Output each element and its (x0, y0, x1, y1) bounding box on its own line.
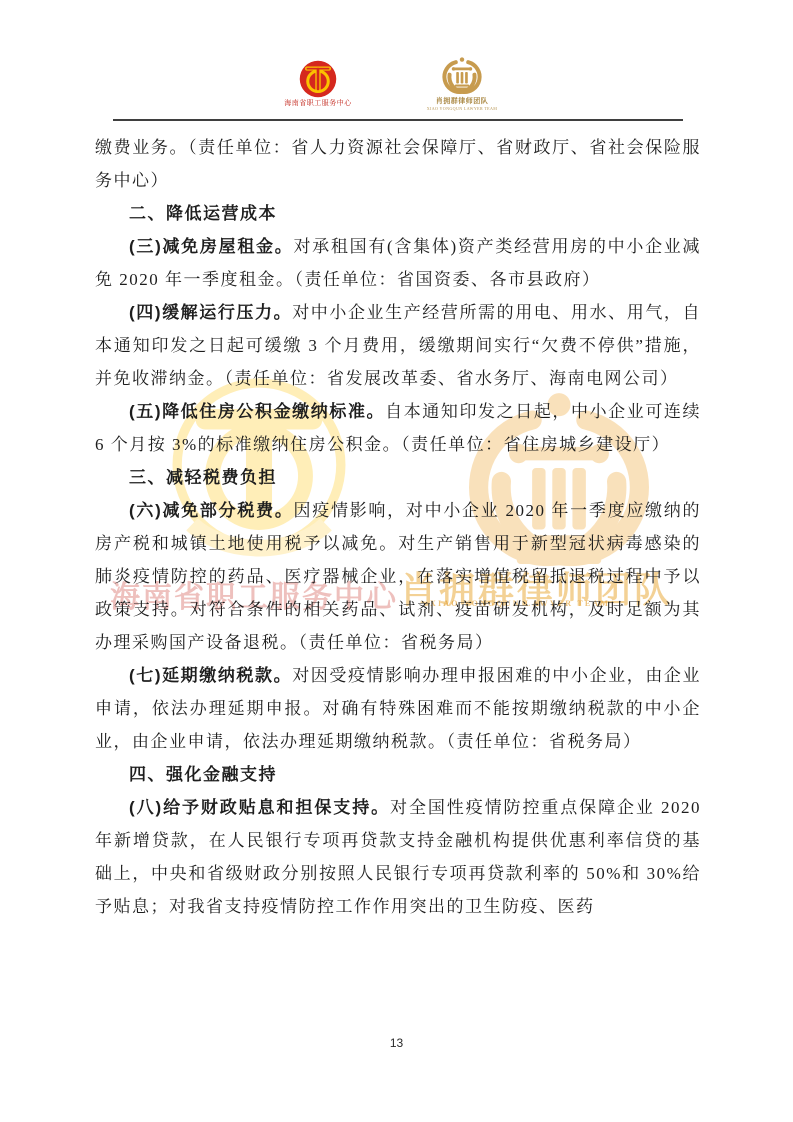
paragraph-continuation: 缴费业务。（责任单位：省人力资源社会保障厅、省财政厅、省社会保险服务中心） (95, 131, 701, 197)
section-heading-3: 三、减轻税费负担 (95, 461, 701, 494)
document-page: 海南省职工服务中心 肖拥群律师 (0, 0, 793, 1122)
trade-union-logo-icon (299, 60, 337, 98)
page-number: 13 (0, 1036, 793, 1050)
union-logo-block: 海南省职工服务中心 (276, 60, 360, 108)
paragraph-lead: (六)减免部分税费。 (129, 501, 294, 520)
paragraph-lead: (五)降低住房公积金缴纳标准。 (129, 402, 385, 421)
heading-text: 二、降低运营成本 (129, 204, 277, 223)
lawyer-team-logo-caption: 肖拥群律师团队 (414, 97, 510, 106)
paragraph-item-7: (七)延期缴纳税款。对因受疫情影响办理申报困难的中小企业，由企业申请，依法办理延… (95, 659, 701, 758)
lawyer-team-logo-icon (439, 56, 485, 96)
lawyer-team-logo-caption-en: XIAO YONGQUN LAWYER TEAM (419, 106, 505, 111)
lawyer-team-logo-block: 肖拥群律师团队 XIAO YONGQUN LAWYER TEAM (414, 56, 510, 111)
heading-text: 四、强化金融支持 (129, 765, 277, 784)
heading-text: 三、减轻税费负担 (129, 468, 277, 487)
paragraph-item-8: (八)给予财政贴息和担保支持。对全国性疫情防控重点保障企业 2020 年新增贷款… (95, 791, 701, 923)
header-divider-line (113, 119, 683, 121)
document-body: 缴费业务。（责任单位：省人力资源社会保障厅、省财政厅、省社会保险服务中心） 二、… (95, 131, 701, 923)
paragraph-text: 缴费业务。（责任单位：省人力资源社会保障厅、省财政厅、省社会保险服务中心） (95, 138, 701, 190)
paragraph-item-6: (六)减免部分税费。因疫情影响，对中小企业 2020 年一季度应缴纳的房产税和城… (95, 494, 701, 659)
paragraph-item-3: (三)减免房屋租金。对承租国有(含集体)资产类经营用房的中小企业减免 2020 … (95, 230, 701, 296)
union-logo-caption: 海南省职工服务中心 (276, 99, 360, 108)
paragraph-text: 因疫情影响，对中小企业 2020 年一季度应缴纳的房产税和城镇土地使用税予以减免… (95, 501, 701, 652)
paragraph-item-4: (四)缓解运行压力。对中小企业生产经营所需的用电、用水、用气，自本通知印发之日起… (95, 296, 701, 395)
section-heading-2: 二、降低运营成本 (95, 197, 701, 230)
page-header: 海南省职工服务中心 肖拥群律师 (0, 0, 793, 120)
paragraph-lead: (三)减免房屋租金。 (129, 237, 293, 256)
paragraph-lead: (八)给予财政贴息和担保支持。 (129, 798, 390, 817)
section-heading-4: 四、强化金融支持 (95, 758, 701, 791)
paragraph-item-5: (五)降低住房公积金缴纳标准。自本通知印发之日起，中小企业可连续 6 个月按 3… (95, 395, 701, 461)
paragraph-lead: (四)缓解运行压力。 (129, 303, 292, 322)
paragraph-lead: (七)延期缴纳税款。 (129, 666, 292, 685)
